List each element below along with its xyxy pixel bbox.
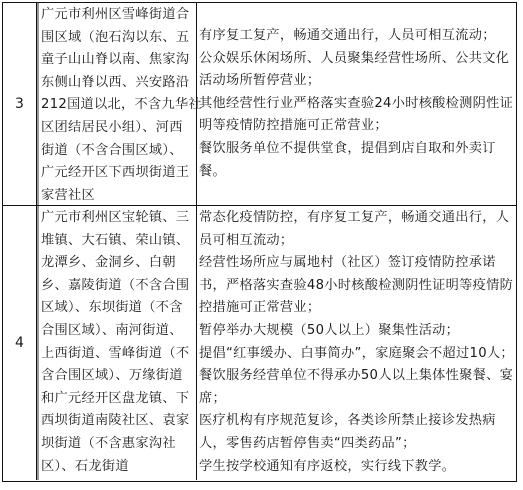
policy-line: 有序复工复产，畅通交通出行，人员可相互流动； xyxy=(199,25,514,48)
policy-line: 其他经营性行业严格落实查验24小时核酸检测阴性证 xyxy=(199,93,514,116)
policy-line: 活动场所暂停营业； xyxy=(199,70,514,93)
area-line: 家营社区 xyxy=(41,185,194,208)
area-line: 上西街道、雪峰街道（不 xyxy=(41,343,194,366)
policy-line: 餐饮服务单位不提供堂食，提倡到店自取和外卖订 xyxy=(199,138,514,161)
area-line: 围区域（泡石沟以东、五 xyxy=(41,27,194,50)
area-line: 童子山山脊以南、焦家沟 xyxy=(41,49,194,72)
area-line: 含合围区域）、万缘街道 xyxy=(41,365,194,388)
policy-line: 席； xyxy=(199,388,514,411)
row-number-text: 4 xyxy=(15,335,24,351)
table-row: 3 广元市利州区雪峰街道合 围区域（泡石沟以东、五 童子山山脊以南、焦家沟 东侧… xyxy=(3,3,516,206)
policy-line: 暂停举办大规模（50人以上）聚集性活动； xyxy=(199,320,514,343)
policy-line: 医疗机构有序规范复诊，各类诊所禁止接诊发热病 xyxy=(199,410,514,433)
area-line: 乡、嘉陵街道（不含合围 xyxy=(41,275,194,298)
area-line: 广元经开区下西坝街道王 xyxy=(41,162,194,185)
row-number: 3 xyxy=(3,3,37,205)
row-number: 4 xyxy=(3,206,37,480)
area-line: 区团结居民小组）、河西 xyxy=(41,117,194,140)
row-number-text: 3 xyxy=(15,96,24,112)
policy-line: 经营性场所应与属地村（社区）签订疫情防控承诺 xyxy=(199,252,514,275)
policy-line: 控措施可正常营业； xyxy=(199,297,514,320)
policy-line: 明等疫情防控措施可正常营业； xyxy=(199,115,514,138)
policy-line: 人，零售药店暂停售卖“四类药品”； xyxy=(199,433,514,456)
area-cell: 广元市利州区宝轮镇、三 堆镇、大石镇、荣山镇、 龙潭乡、金洞乡、白朝 乡、嘉陵街… xyxy=(37,206,197,480)
area-line: 坝街道（不含惠家沟社 xyxy=(41,433,194,456)
policy-cell: 有序复工复产，畅通交通出行，人员可相互流动； 公众娱乐休闲场所、人员聚集经营性场… xyxy=(197,3,516,205)
area-line: 堆镇、大石镇、荣山镇、 xyxy=(41,230,194,253)
policy-cell: 常态化疫情防控，有序复工复产，畅通交通出行，人 员可相互流动； 经营性场所应与属… xyxy=(197,206,516,480)
policy-line: 常态化疫情防控，有序复工复产，畅通交通出行，人 xyxy=(199,207,514,230)
area-line: 和广元经开区盘龙镇、下 xyxy=(41,388,194,411)
policy-table: 3 广元市利州区雪峰街道合 围区域（泡石沟以东、五 童子山山脊以南、焦家沟 东侧… xyxy=(2,2,517,482)
policy-line: 餐饮服务经营单位不得承办50人以上集体性聚餐、宴 xyxy=(199,365,514,388)
area-line: 区）、石龙街道 xyxy=(41,456,194,479)
area-line: 西坝街道南陵社区、袁家 xyxy=(41,410,194,433)
policy-line: 书，严格落实查验48小时核酸检测阴性证明等疫情防 xyxy=(199,275,514,298)
policy-line: 提倡“红事缓办、白事简办”，家庭聚会不超过10人； xyxy=(199,343,514,366)
policy-line: 公众娱乐休闲场所、人员聚集经营性场所、公共文化 xyxy=(199,48,514,71)
area-line: 东侧山脊以西、兴安路沿 xyxy=(41,72,194,95)
area-line: 龙潭乡、金洞乡、白朝 xyxy=(41,252,194,275)
area-line: 212国道以北，不含九华社 xyxy=(41,94,194,117)
area-cell: 广元市利州区雪峰街道合 围区域（泡石沟以东、五 童子山山脊以南、焦家沟 东侧山脊… xyxy=(37,3,197,205)
area-line: 区域）、东坝街道（不含 xyxy=(41,297,194,320)
area-line: 街道（不含合围区域）、 xyxy=(41,140,194,163)
policy-line: 学生按学校通知有序返校，实行线下教学。 xyxy=(199,456,514,479)
area-line: 合围区域）、南河街道、 xyxy=(41,320,194,343)
policy-line: 员可相互流动； xyxy=(199,230,514,253)
area-line: 广元市利州区宝轮镇、三 xyxy=(41,207,194,230)
policy-line: 餐。 xyxy=(199,161,514,184)
area-line: 广元市利州区雪峰街道合 xyxy=(41,4,194,27)
table-row: 4 广元市利州区宝轮镇、三 堆镇、大石镇、荣山镇、 龙潭乡、金洞乡、白朝 乡、嘉… xyxy=(3,206,516,480)
